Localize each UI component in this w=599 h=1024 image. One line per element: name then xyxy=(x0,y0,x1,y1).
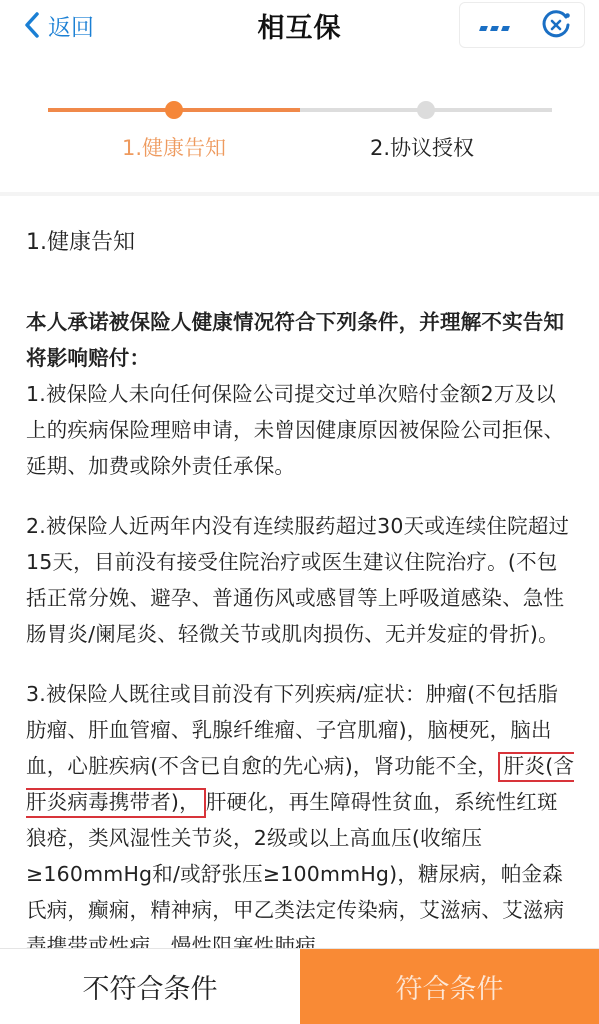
item3-text-before: 3.被保险人既往或目前没有下列疾病/症状：肿瘤(不包括脂肪瘤、肝血管瘤、乳腺纤维… xyxy=(26,682,558,778)
section-title: 1.健康告知 xyxy=(26,228,576,258)
chevron-left-icon xyxy=(22,11,42,39)
eligible-button[interactable]: 符合条件 xyxy=(300,949,599,1024)
action-bar: 不符合条件 符合条件 xyxy=(0,948,599,1024)
step-dot-1 xyxy=(165,101,183,119)
progress-stepper: 1.健康告知 2.协议授权 xyxy=(0,56,599,192)
step-label-agreement: 2.协议授权 xyxy=(370,132,474,162)
condition-item-2: 2.被保险人近两年内没有连续服药超过30天或连续住院超过15天，目前没有接受住院… xyxy=(26,508,576,652)
more-dots-icon xyxy=(478,16,511,35)
more-button[interactable] xyxy=(460,3,529,47)
close-button[interactable] xyxy=(529,3,584,47)
condition-item-1: 1.被保险人未向任何保险公司提交过单次赔付金额2万及以上的疾病保险理赔申请，未曾… xyxy=(26,376,576,484)
nav-header: 返回 相互保 xyxy=(0,0,599,56)
back-label: 返回 xyxy=(48,9,94,42)
close-circle-icon xyxy=(539,8,573,42)
not-eligible-button[interactable]: 不符合条件 xyxy=(0,949,300,1024)
intro-statement: 本人承诺被保险人健康情况符合下列条件，并理解不实告知将影响赔付： xyxy=(26,304,576,376)
health-notice-content: 1.健康告知 本人承诺被保险人健康情况符合下列条件，并理解不实告知将影响赔付： … xyxy=(26,196,576,964)
step-label-health: 1.健康告知 xyxy=(122,132,226,162)
step-dot-2 xyxy=(417,101,435,119)
condition-item-3: 3.被保险人既往或目前没有下列疾病/症状：肿瘤(不包括脂肪瘤、肝血管瘤、乳腺纤维… xyxy=(26,676,576,964)
back-button[interactable]: 返回 xyxy=(22,8,94,42)
mini-program-capsule xyxy=(459,2,585,48)
